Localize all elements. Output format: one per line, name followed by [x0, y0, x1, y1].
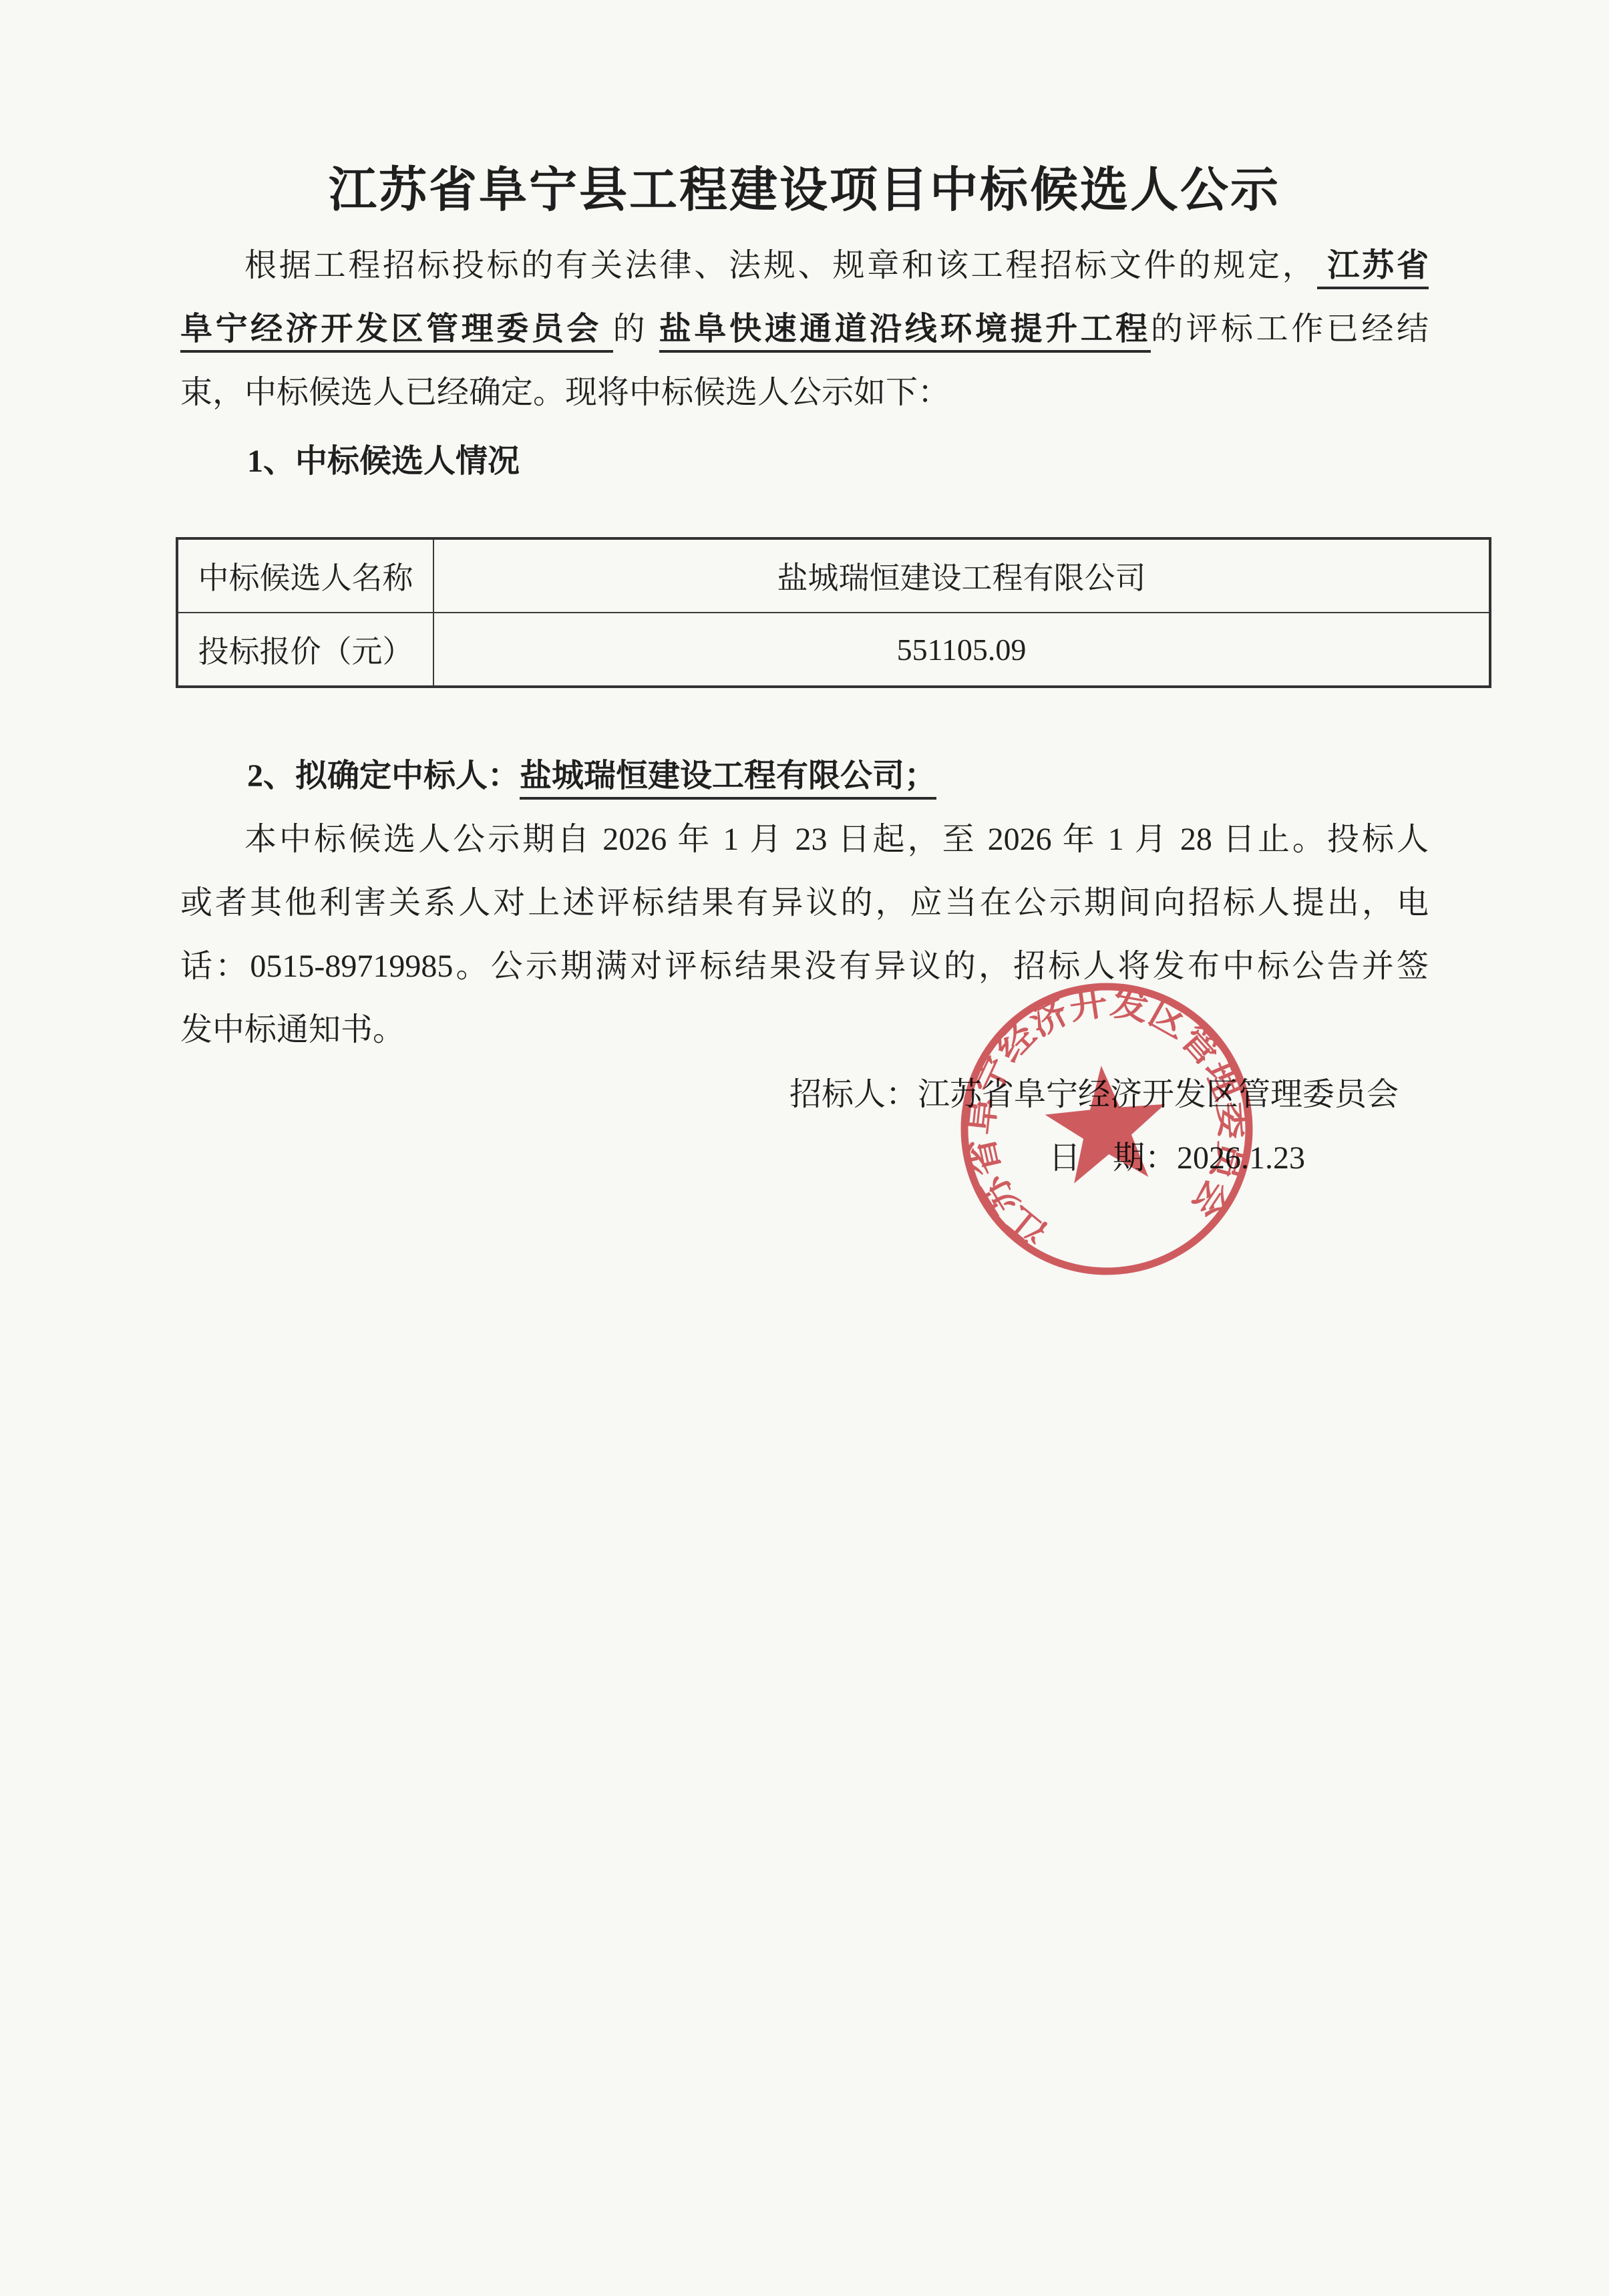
tenderer-line: 招标人：江苏省阜宁经济开发区管理委员会: [180, 1063, 1429, 1126]
text-line: 2、拟确定中标人：盐城瑞恒建设工程有限公司；: [247, 744, 1429, 808]
text-segment: 或者其他利害关系人对上述评标结果有异议的，应当在公示期间向招标人提出，电: [180, 885, 1429, 921]
text-segment: 话：0515-89719985。公示期满对评标结果没有异议的，招标人将发布中标公…: [180, 949, 1429, 984]
text-line: 束，中标候选人已经确定。现将中标候选人公示如下：: [180, 361, 1429, 424]
document-title: 江苏省阜宁县工程建设项目中标候选人公示: [180, 164, 1429, 216]
text-line: 阜宁经济开发区管理委员会 的 盐阜快速通道沿线环境提升工程的评标工作已经结: [180, 297, 1429, 361]
text-segment: 阜宁经济开发区管理委员会: [180, 311, 613, 353]
document-page: 江苏省阜宁县工程建设项目中标候选人公示 根据工程招标投标的有关法律、法规、规章和…: [0, 0, 1609, 2296]
section1-heading: 1、中标候选人情况: [247, 430, 1429, 493]
date-line: 日 期：2026.1.23: [180, 1126, 1429, 1190]
bid-price-label-cell: 投标报价（元）: [177, 613, 433, 687]
text-segment: 发中标通知书。: [180, 1012, 405, 1047]
text-segment: 盐城瑞恒建设工程有限公司；: [520, 758, 936, 800]
text-segment: 江苏省: [1317, 248, 1429, 289]
text-segment: 的: [613, 311, 659, 347]
candidate-name-value-cell: 盐城瑞恒建设工程有限公司: [433, 538, 1490, 613]
table-row: 中标候选人名称 盐城瑞恒建设工程有限公司: [177, 538, 1490, 613]
text-segment: 的评标工作已经结: [1151, 311, 1429, 347]
signature-block: 招标人：江苏省阜宁经济开发区管理委员会 日 期：2026.1.23: [180, 1063, 1429, 1190]
text-line: 根据工程招标投标的有关法律、法规、规章和该工程招标文件的规定， 江苏省: [180, 234, 1429, 297]
table-row: 投标报价（元） 551105.09: [177, 613, 1490, 687]
section2-heading: 2、拟确定中标人：盐城瑞恒建设工程有限公司；: [247, 744, 1429, 808]
text-segment: 束，中标候选人已经确定。现将中标候选人公示如下：: [180, 375, 950, 410]
text-line: 话：0515-89719985。公示期满对评标结果没有异议的，招标人将发布中标公…: [180, 935, 1429, 998]
intro-paragraph: 根据工程招标投标的有关法律、法规、规章和该工程招标文件的规定， 江苏省阜宁经济开…: [180, 234, 1429, 424]
text-segment: 盐阜快速通道沿线环境提升工程: [659, 311, 1151, 353]
text-line: 或者其他利害关系人对上述评标结果有异议的，应当在公示期间向招标人提出，电: [180, 871, 1429, 935]
candidate-name-label-cell: 中标候选人名称: [177, 538, 433, 613]
text-line: 发中标通知书。: [180, 998, 1429, 1061]
bid-price-value-cell: 551105.09: [433, 613, 1490, 687]
candidate-table: 中标候选人名称 盐城瑞恒建设工程有限公司 投标报价（元） 551105.09: [176, 537, 1491, 688]
text-segment: 2、拟确定中标人：: [247, 758, 520, 794]
notice-paragraph: 本中标候选人公示期自 2026 年 1 月 23 日起，至 2026 年 1 月…: [180, 808, 1429, 1061]
text-segment: 根据工程招标投标的有关法律、法规、规章和该工程招标文件的规定，: [244, 248, 1317, 283]
text-line: 本中标候选人公示期自 2026 年 1 月 23 日起，至 2026 年 1 月…: [180, 808, 1429, 871]
text-segment: 本中标候选人公示期自 2026 年 1 月 23 日起，至 2026 年 1 月…: [244, 822, 1429, 857]
